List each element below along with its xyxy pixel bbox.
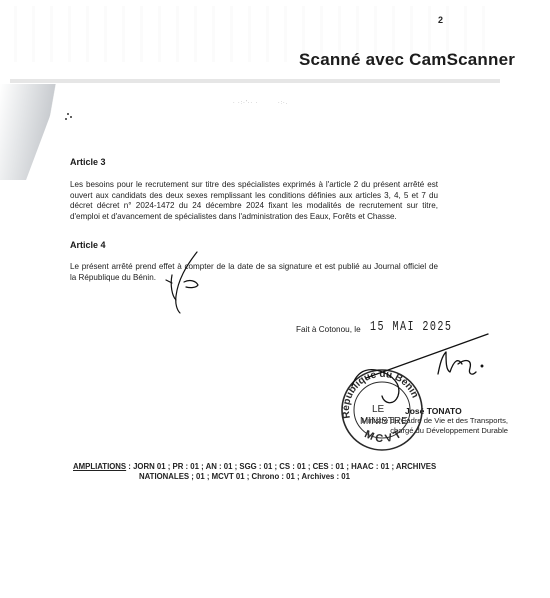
minister-signature bbox=[352, 334, 488, 403]
article-3-title: Article 3 bbox=[70, 157, 106, 167]
scan-noise: ·:·. bbox=[278, 100, 288, 105]
signer-title: Ministre du Cadre de Vie et des Transpor… bbox=[318, 416, 508, 435]
text-line: décret décret n° 2024-1472 du 24 décembr… bbox=[70, 201, 438, 212]
scan-speck bbox=[65, 118, 67, 120]
text-line: Les besoins pour le recrutement sur titr… bbox=[70, 180, 438, 191]
text-line: ouvert aux candidats des deux sexes remp… bbox=[70, 191, 438, 202]
article-4-body: Le présent arrêté prend effet à compter … bbox=[70, 262, 438, 283]
ampliations-line-2: NATIONALES ; 01 ; MCVT 01 ; Chrono : 01 … bbox=[73, 472, 436, 482]
ampliations-line-1: JORN 01 ; PR : 01 ; AN : 01 ; SGG : 01 ;… bbox=[133, 462, 436, 471]
ink-overlay: République du Bénin MCVT LE MINISTRE bbox=[0, 0, 550, 598]
date-stamp: 15 MAI 2025 bbox=[370, 319, 452, 335]
signer-title-line: chargé du Développement Durable bbox=[318, 426, 508, 436]
article-4-title: Article 4 bbox=[70, 240, 106, 250]
page-number: 2 bbox=[438, 15, 443, 25]
signer-name: José TONATO bbox=[405, 406, 462, 416]
scan-noise: · ·:·'·· · bbox=[233, 100, 258, 105]
scan-speck bbox=[70, 116, 72, 118]
paper-fold-shadow bbox=[0, 84, 62, 180]
camscanner-watermark: Scanné avec CamScanner bbox=[299, 50, 515, 70]
ampliations: AMPLIATIONS : JORN 01 ; PR : 01 ; AN : 0… bbox=[73, 462, 436, 482]
text-line: Le présent arrêté prend effet à compter … bbox=[70, 262, 438, 273]
ampliations-label: AMPLIATIONS bbox=[73, 462, 126, 471]
text-line: d'emploi et d'avancement de spécialistes… bbox=[70, 212, 438, 223]
stamp-inner-text: LE bbox=[372, 404, 385, 415]
banner-separator bbox=[10, 79, 500, 83]
text-line: la République du Bénin. bbox=[70, 273, 438, 284]
place-label: Fait à Cotonou, le bbox=[296, 325, 361, 334]
article-3-body: Les besoins pour le recrutement sur titr… bbox=[70, 180, 438, 222]
scan-speck bbox=[67, 113, 69, 115]
signer-title-line: Ministre du Cadre de Vie et des Transpor… bbox=[318, 416, 508, 426]
